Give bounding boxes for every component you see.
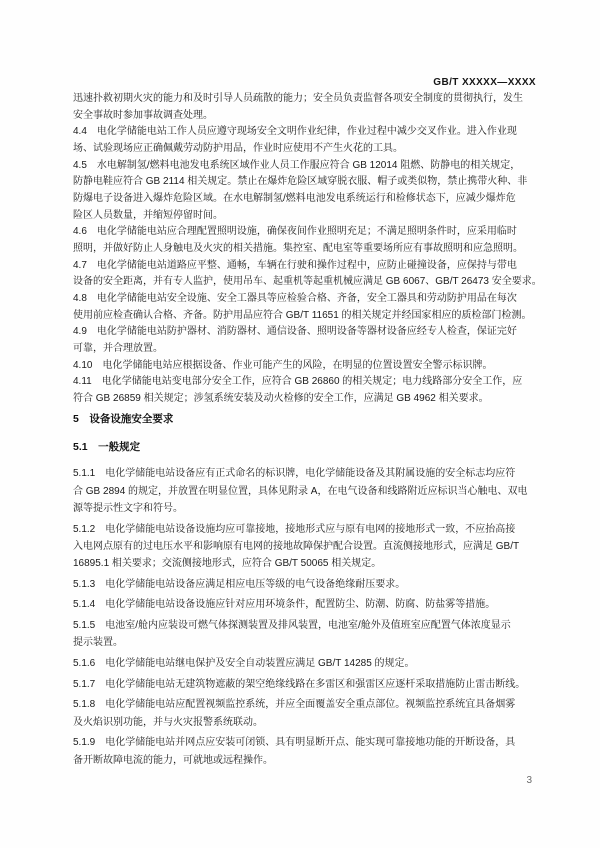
text-line: 4.8 电化学储能电站安全设施、安全工器具等应检验合格、齐备，安全工器具和劳动防… <box>73 291 545 308</box>
text-line: 5.1.4 电化学储能电站设备设施应针对应用环境条件，配置防尘、防潮、防腐、防盐… <box>73 596 545 613</box>
text-line: 照明，并做好防止人身触电及火灾的相关措施。集控室、配电室等重要场所应有事故照明和… <box>73 241 545 258</box>
text-line: 5.1.7 电化学储能电站无建筑物遮蔽的架空绝缘线路在多雷区和强雷区应逐杆采取措… <box>73 676 545 693</box>
text-line: 4.7 电化学储能电站道路应平整、通畅，车辆在行驶和操作过程中，应防止碰撞设备，… <box>73 258 545 275</box>
text-line: 可靠，并合理放置。 <box>73 341 545 358</box>
text-line: 合 GB 2894 的规定，并放置在明显位置，具体见附录 A，在电气设备和线路附… <box>73 483 545 500</box>
text-line: 场、试验现场应正确佩戴劳动防护用品，作业时应使用不产生火花的工具。 <box>73 141 545 158</box>
text-line: 4.9 电化学储能电站防护器材、消防器材、通信设备、照明设备等器材设备应经专人检… <box>73 324 545 341</box>
clause-5-1-2: 5.1.2 电化学储能电站设备设施均应可靠接地，接地形式应与原有电网的接地形式一… <box>73 521 545 573</box>
text-line: 5.1.9 电化学储能电站并网点应安装可闭锁、具有明显断开点、能实现可靠接地功能… <box>73 734 545 751</box>
page-number: 3 <box>526 775 532 786</box>
text-line: 5.1.3 电化学储能电站设备应满足相应电压等级的电气设备绝缘耐压要求。 <box>73 576 545 593</box>
text-line: 4.5 水电解制氢/燃料电池发电系统区域作业人员工作服应符合 GB 12014 … <box>73 158 545 175</box>
text-line: 设备的安全距离，并有专人监护，使用吊车、起重机等起重机械应满足 GB 6067、… <box>73 274 545 291</box>
text-line: 5.1.8 电化学储能电站应配置视频监控系统，并应全面覆盖安全重点部位。视频监控… <box>73 696 545 713</box>
clause-5-1-1: 5.1.1 电化学储能电站设备应有正式命名的标识牌，电化学储能设备及其附属设施的… <box>73 465 545 517</box>
text-line: 5 设备设施安全要求 <box>73 411 545 428</box>
clause-5-1-3: 5.1.3 电化学储能电站设备应满足相应电压等级的电气设备绝缘耐压要求。 <box>73 576 545 593</box>
text-line: 险区人员数量，并缩短停留时间。 <box>73 208 545 225</box>
text-line: 迅速扑救初期火灾的能力和及时引导人员疏散的能力；安全员负责监督各项安全制度的贯彻… <box>73 91 545 108</box>
text-line: 4.4 电化学储能电站工作人员应遵守现场安全文明作业纪律，作业过程中减少交叉作业… <box>73 124 545 141</box>
text-line: 4.6 电化学储能电站应合理配置照明设施，确保夜间作业照明充足；不满足照明条件时… <box>73 224 545 241</box>
text-line: 5.1.2 电化学储能电站设备设施均应可靠接地，接地形式应与原有电网的接地形式一… <box>73 521 545 538</box>
clause-5-1-9: 5.1.9 电化学储能电站并网点应安装可闭锁、具有明显断开点、能实现可靠接地功能… <box>73 734 545 768</box>
document-body: 迅速扑救初期火灾的能力和及时引导人员疏散的能力；安全员负责监督各项安全制度的贯彻… <box>73 91 545 772</box>
text-line: 源等提示性文字和符号。 <box>73 500 545 517</box>
clause-5-1-7: 5.1.7 电化学储能电站无建筑物遮蔽的架空绝缘线路在多雷区和强雷区应逐杆采取措… <box>73 676 545 693</box>
text-line: 备开断故障电流的能力，可就地或远程操作。 <box>73 752 545 769</box>
text-line: 入电网点原有的过电压水平和影响原有电网的接地故障保护配合设置。直流侧接地形式，应… <box>73 538 545 555</box>
text-line: 5.1.5 电池室/舱内应装设可燃气体探测装置及排风装置，电池室/舱外及值班室应… <box>73 617 545 634</box>
text-line: 4.10 电化学储能电站应根据设备、作业可能产生的风险，在明显的位置设置安全警示… <box>73 358 545 375</box>
text-line: 16895.1 相关要求；交流侧接地形式，应符合 GB/T 50065 相关规定… <box>73 555 545 572</box>
text-line: 5.1 一般规定 <box>73 439 545 456</box>
section-4-general-safety-requirements: 迅速扑救初期火灾的能力和及时引导人员疏散的能力；安全员负责监督各项安全制度的贯彻… <box>73 91 545 407</box>
clause-5-1-6: 5.1.6 电化学储能电站继电保护及安全自动装置应满足 GB/T 14285 的… <box>73 655 545 672</box>
text-line: 5.1.6 电化学储能电站继电保护及安全自动装置应满足 GB/T 14285 的… <box>73 655 545 672</box>
text-line: 防爆电子设备进入爆炸危险区域。在水电解制氢/燃料电池发电系统运行和检修状态下，应… <box>73 191 545 208</box>
text-line: 安全事故时参加事故调查处理。 <box>73 108 545 125</box>
document-page: GB/T XXXXX—XXXX 迅速扑救初期火灾的能力和及时引导人员疏散的能力；… <box>0 0 600 848</box>
text-line: 5.1.1 电化学储能电站设备应有正式命名的标识牌，电化学储能设备及其附属设施的… <box>73 465 545 482</box>
text-line: 及火焰识别功能，并与火灾报警系统联动。 <box>73 714 545 731</box>
clause-5-1-8: 5.1.8 电化学储能电站应配置视频监控系统，并应全面覆盖安全重点部位。视频监控… <box>73 696 545 730</box>
section-5-heading: 5 设备设施安全要求 <box>73 411 545 428</box>
text-line: 4.11 电化学储能电站变电部分安全工作，应符合 GB 26860 的相关规定；… <box>73 374 545 391</box>
clause-5-1-5: 5.1.5 电池室/舱内应装设可燃气体探测装置及排风装置，电池室/舱外及值班室应… <box>73 617 545 651</box>
clause-5-1-4: 5.1.4 电化学储能电站设备设施应针对应用环境条件，配置防尘、防潮、防腐、防盐… <box>73 596 545 613</box>
standard-number-header: GB/T XXXXX—XXXX <box>73 77 536 88</box>
text-line: 防静电鞋应符合 GB 2114 相关规定。禁止在爆炸危险区域穿脱衣服、帽子或类似… <box>73 174 545 191</box>
text-line: 提示装置。 <box>73 634 545 651</box>
section-5-1-heading: 5.1 一般规定 <box>73 439 545 456</box>
text-line: 使用前应检查确认合格、齐备。防护用品应符合 GB/T 11651 的相关规定并经… <box>73 308 545 325</box>
text-line: 符合 GB 26859 相关规定；涉氢系统安装及动火检修的安全工作，应满足 GB… <box>73 391 545 408</box>
